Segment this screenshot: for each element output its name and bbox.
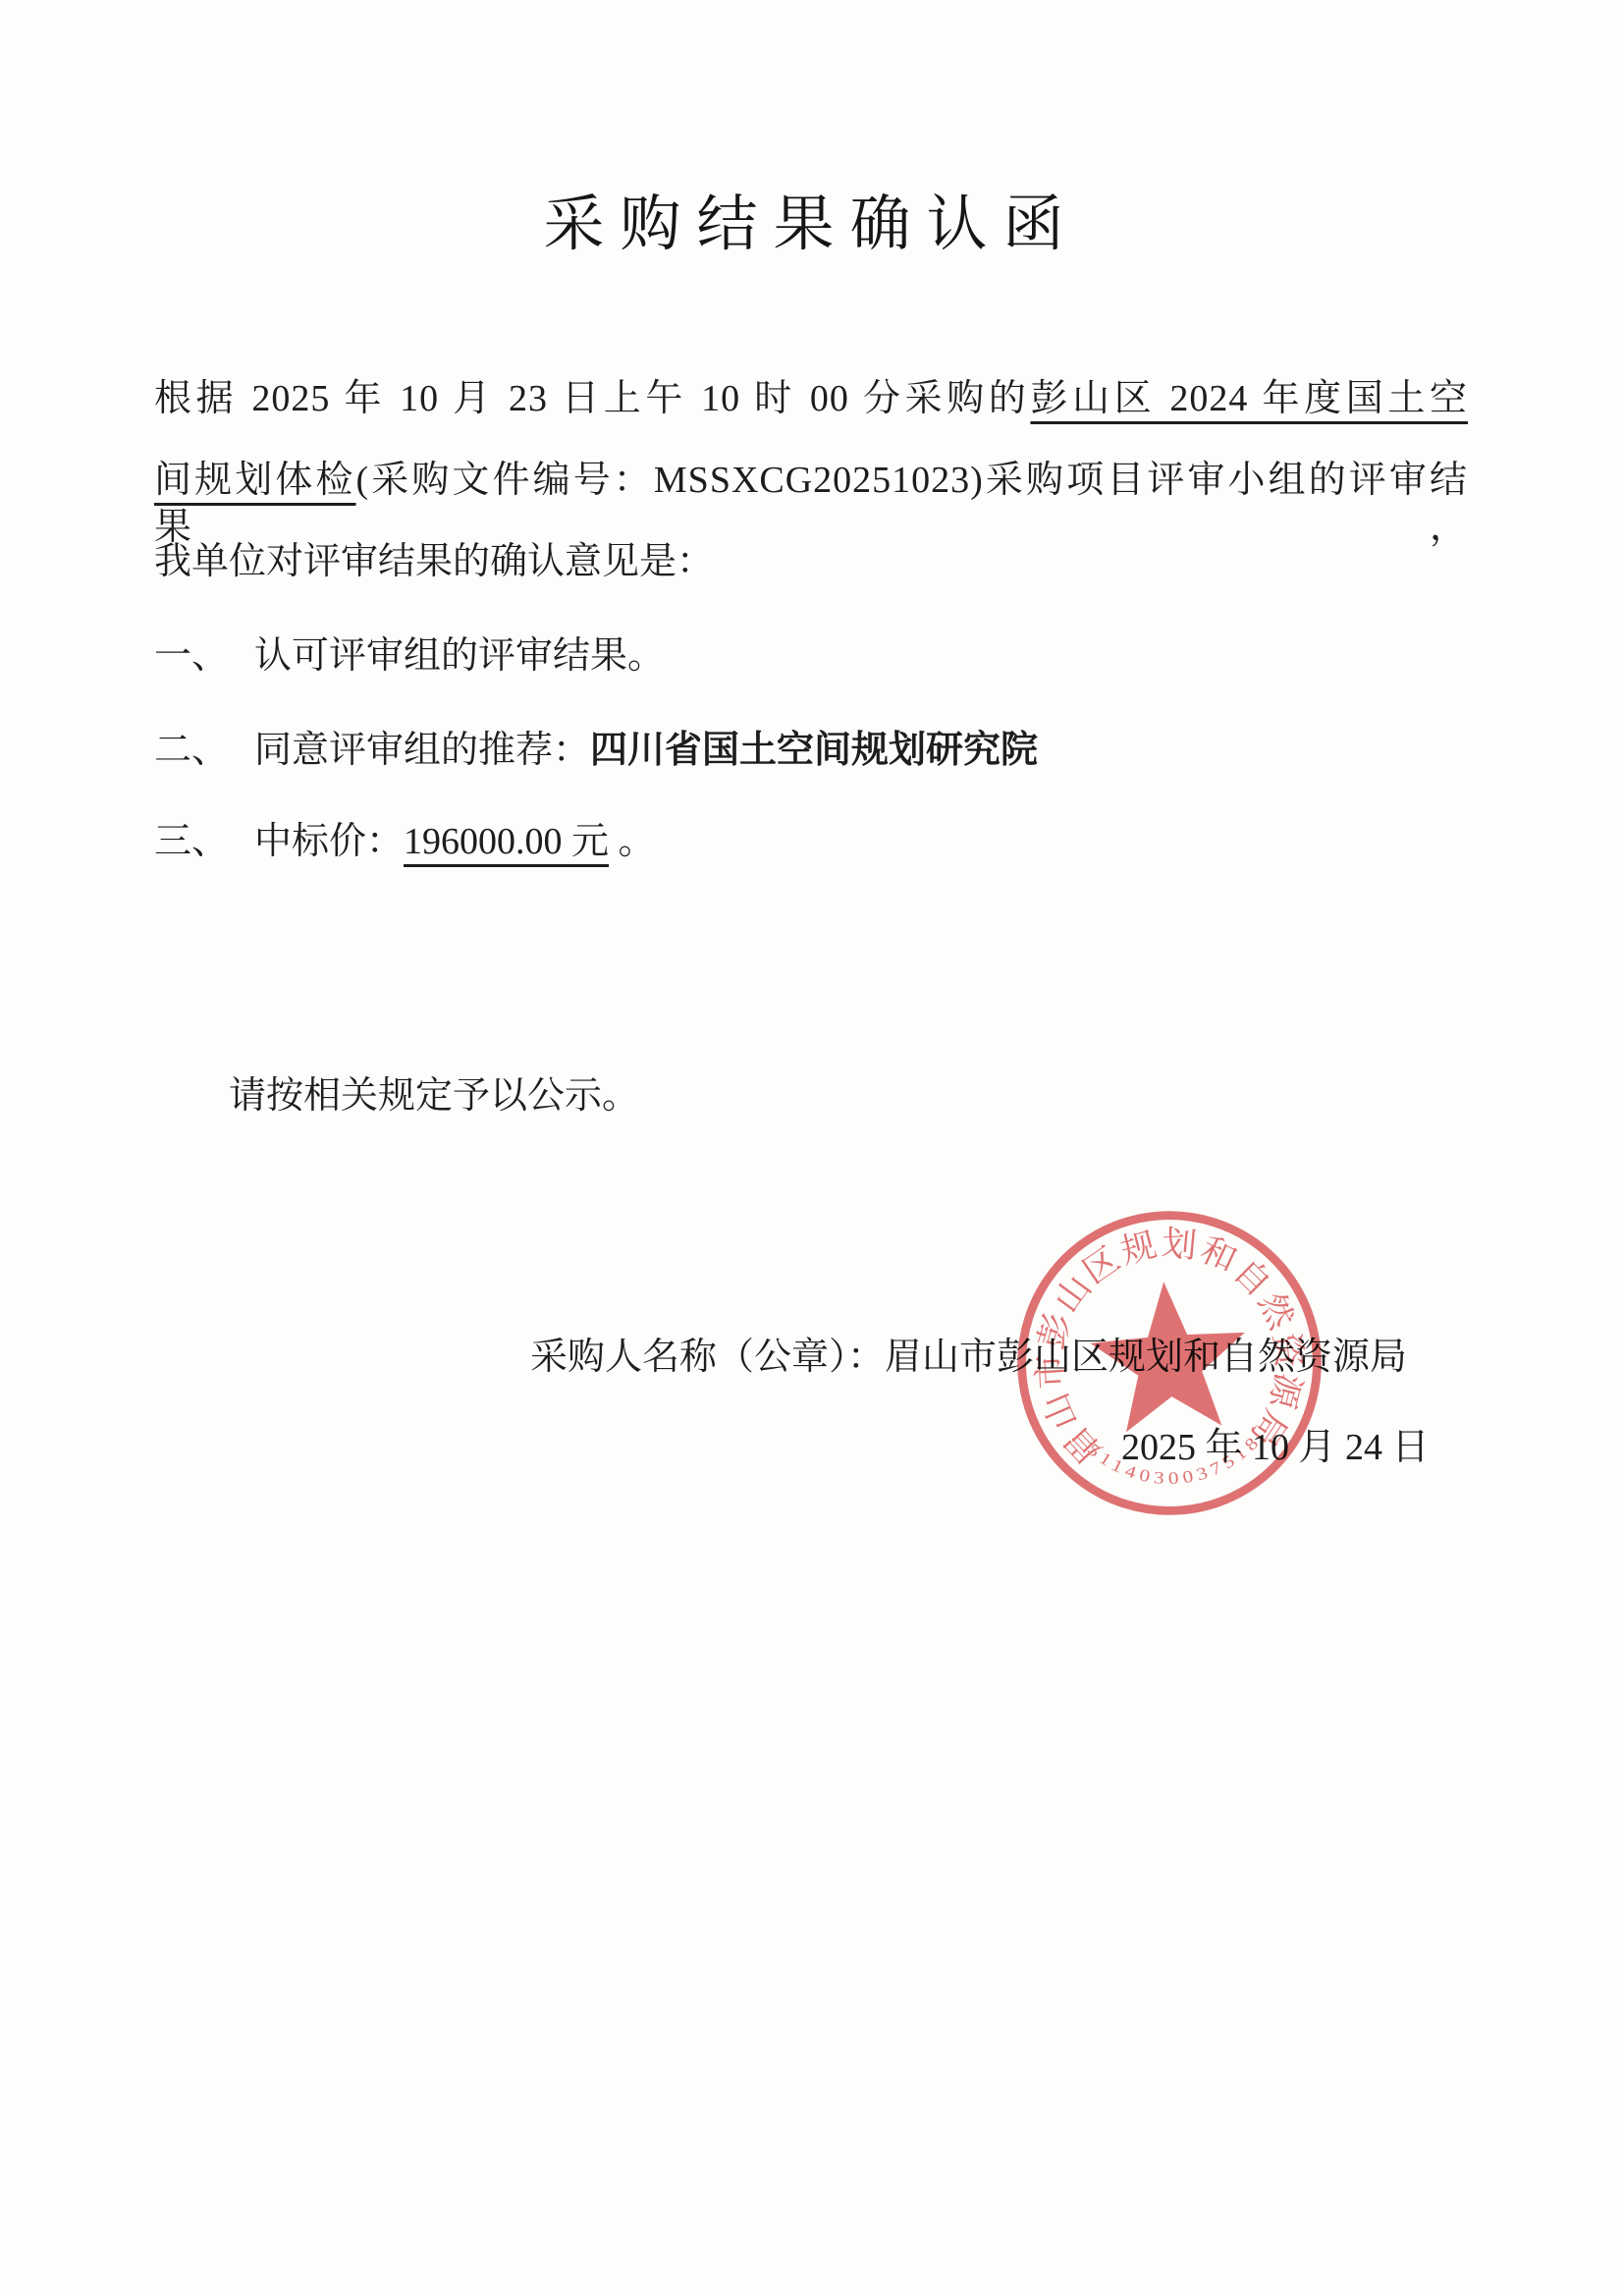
item2-recommended-supplier: 四川省国土空间规划研究院 (590, 730, 1038, 771)
list-item-3: 三、中标价：196000.00 元 。 (154, 819, 1468, 866)
item3-number: 三、 (154, 821, 229, 862)
para2-underlined-text: 间规划体检 (154, 460, 355, 501)
item2-number: 二、 (154, 730, 229, 771)
item2-prefix: 同意评审组的推荐： (254, 730, 590, 771)
para1-underlined-text: 彭山区 2024 年度国土空 (1030, 378, 1468, 419)
document-title: 采购结果确认函 (0, 175, 1623, 262)
svg-text:5114030037518: 5114030037518 (1083, 1428, 1268, 1495)
list-item-1: 一、认可评审组的评审结果。 (154, 633, 1468, 681)
seal-number: 5114030037518 (1083, 1428, 1268, 1495)
notice-line: 请按相关规定予以公示。 (229, 1065, 639, 1119)
para1-normal-text: 根据 2025 年 10 月 23 日上午 10 时 00 分采购的 (154, 378, 1030, 419)
paragraph-line-1: 根据 2025 年 10 月 23 日上午 10 时 00 分采购的彭山区 20… (154, 376, 1468, 423)
paragraph-line-2: 间规划体检(采购文件编号：MSSXCG20251023)采购项目评审小组的评审结… (154, 458, 1468, 551)
item3-winning-price: 196000.00 元 (404, 821, 609, 862)
para3-text: 我单位对评审结果的确认意见是： (154, 541, 714, 582)
notice-text: 请按相关规定予以公示。 (229, 1075, 639, 1117)
seal-star-icon (1087, 1277, 1252, 1435)
official-seal: 眉山市彭山区规划和自然资源局 5114030037518 (996, 1189, 1343, 1537)
item1-text: 认可评审组的评审结果。 (254, 635, 665, 677)
document-page: 采购结果确认函 根据 2025 年 10 月 23 日上午 10 时 00 分采… (0, 0, 1623, 2296)
paragraph-line-3: 我单位对评审结果的确认意见是： (154, 539, 1468, 586)
list-item-2: 二、同意评审组的推荐：四川省国土空间规划研究院 (154, 728, 1468, 775)
item1-number: 一、 (154, 635, 229, 677)
item3-suffix: 。 (609, 821, 656, 862)
item3-prefix: 中标价： (254, 821, 404, 862)
